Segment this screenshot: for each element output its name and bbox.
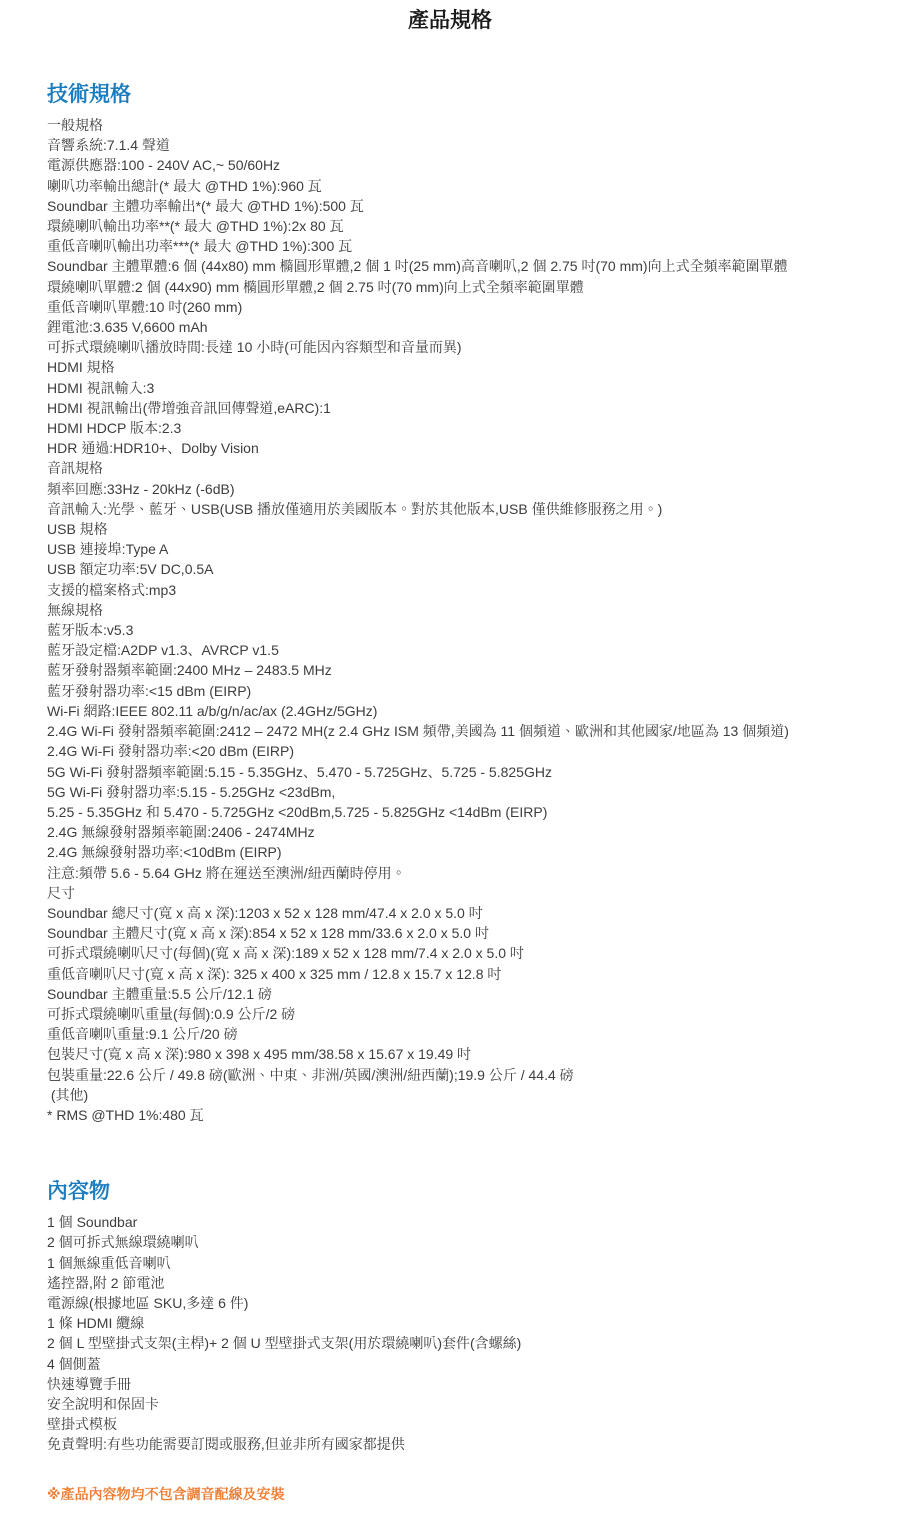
- tech-spec-line: 注意:頻帶 5.6 - 5.64 GHz 將在運送至澳洲/紐西蘭時停用。: [47, 863, 894, 883]
- tech-spec-line: HDMI HDCP 版本:2.3: [47, 418, 894, 438]
- tech-spec-line: 無線規格: [47, 600, 894, 620]
- tech-spec-line: Soundbar 主體重量:5.5 公斤/12.1 磅: [47, 984, 894, 1004]
- tech-spec-line: 重低音喇叭重量:9.1 公斤/20 磅: [47, 1024, 894, 1044]
- tech-spec-line: 5.25 - 5.35GHz 和 5.470 - 5.725GHz <20dBm…: [47, 802, 894, 822]
- page-title: 產品規格: [0, 8, 900, 34]
- tech-spec-line: Wi-Fi 網路:IEEE 802.11 a/b/g/n/ac/ax (2.4G…: [47, 701, 894, 721]
- tech-spec-line: 2.4G Wi-Fi 發射器頻率範圍:2412 – 2472 MH(z 2.4 …: [47, 721, 894, 741]
- tech-spec-line: Soundbar 總尺寸(寬 x 高 x 深):1203 x 52 x 128 …: [47, 903, 894, 923]
- tech-spec-line: HDMI 視訊輸出(帶增強音訊回傳聲道,eARC):1: [47, 398, 894, 418]
- tech-spec-line: 5G Wi-Fi 發射器頻率範圍:5.15 - 5.35GHz、5.470 - …: [47, 762, 894, 782]
- tech-specs-lines: 一般規格音響系統:7.1.4 聲道電源供應器:100 - 240V AC,~ 5…: [47, 115, 894, 1125]
- box-content-line: 免責聲明:有些功能需要訂閱或服務,但並非所有國家都提供: [47, 1434, 894, 1454]
- box-content-line: 壁掛式模板: [47, 1414, 894, 1434]
- tech-spec-line: USB 額定功率:5V DC,0.5A: [47, 559, 894, 579]
- tech-spec-line: USB 連接埠:Type A: [47, 539, 894, 559]
- box-content-line: 遙控器,附 2 節電池: [47, 1273, 894, 1293]
- tech-spec-line: 鋰電池:3.635 V,6600 mAh: [47, 317, 894, 337]
- box-content-line: 4 個側蓋: [47, 1354, 894, 1374]
- tech-spec-line: 藍牙版本:v5.3: [47, 620, 894, 640]
- tech-spec-line: 2.4G Wi-Fi 發射器功率:<20 dBm (EIRP): [47, 741, 894, 761]
- product-spec-page: 產品規格 技術規格 一般規格音響系統:7.1.4 聲道電源供應器:100 - 2…: [0, 8, 900, 1515]
- tech-spec-line: 重低音喇叭單體:10 吋(260 mm): [47, 297, 894, 317]
- footnote: ※產品內容物均不包含調音配線及安裝: [47, 1484, 894, 1504]
- box-content-line: 電源線(根據地區 SKU,多達 6 件): [47, 1293, 894, 1313]
- tech-spec-line: Soundbar 主體單體:6 個 (44x80) mm 橢圓形單體,2 個 1…: [47, 256, 894, 276]
- box-contents-heading: 內容物: [47, 1179, 894, 1205]
- tech-spec-line: 包裝尺寸(寬 x 高 x 深):980 x 398 x 495 mm/38.58…: [47, 1044, 894, 1064]
- box-content-line: 快速導覽手冊: [47, 1374, 894, 1394]
- tech-spec-line: 2.4G 無線發射器頻率範圍:2406 - 2474MHz: [47, 822, 894, 842]
- tech-spec-line: 喇叭功率輸出總計(* 最大 @THD 1%):960 瓦: [47, 176, 894, 196]
- tech-specs-heading: 技術規格: [47, 82, 894, 108]
- section-box-contents: 內容物 1 個 Soundbar2 個可拆式無線環繞喇叭1 個無線重低音喇叭遙控…: [47, 1179, 894, 1454]
- tech-spec-line: 一般規格: [47, 115, 894, 135]
- tech-spec-line: 環繞喇叭輸出功率**(* 最大 @THD 1%):2x 80 瓦: [47, 216, 894, 236]
- box-content-line: 2 個 L 型壁掛式支架(主桿)+ 2 個 U 型壁掛式支架(用於環繞喇叭)套件…: [47, 1333, 894, 1353]
- tech-spec-line: 頻率回應:33Hz - 20kHz (-6dB): [47, 479, 894, 499]
- tech-spec-line: 環繞喇叭單體:2 個 (44x90) mm 橢圓形單體,2 個 2.75 吋(7…: [47, 277, 894, 297]
- tech-spec-line: 包裝重量:22.6 公斤 / 49.8 磅(歐洲、中東、非洲/英國/澳洲/紐西蘭…: [47, 1065, 894, 1085]
- tech-spec-line: 電源供應器:100 - 240V AC,~ 50/60Hz: [47, 155, 894, 175]
- tech-spec-line: 音訊輸入:光學、藍牙、USB(USB 播放僅適用於美國版本。對於其他版本,USB…: [47, 499, 894, 519]
- tech-spec-line: 重低音喇叭尺寸(寬 x 高 x 深): 325 x 400 x 325 mm /…: [47, 964, 894, 984]
- tech-spec-line: 音訊規格: [47, 458, 894, 478]
- tech-spec-line: * RMS @THD 1%:480 瓦: [47, 1105, 894, 1125]
- tech-spec-line: HDMI 視訊輸入:3: [47, 378, 894, 398]
- tech-spec-line: 藍牙發射器功率:<15 dBm (EIRP): [47, 681, 894, 701]
- tech-spec-line: 5G Wi-Fi 發射器功率:5.15 - 5.25GHz <23dBm,: [47, 782, 894, 802]
- tech-spec-line: 藍牙設定檔:A2DP v1.3、AVRCP v1.5: [47, 640, 894, 660]
- tech-spec-line: 支援的檔案格式:mp3: [47, 580, 894, 600]
- box-content-line: 安全說明和保固卡: [47, 1394, 894, 1414]
- tech-spec-line: 可拆式環繞喇叭尺寸(每個)(寬 x 高 x 深):189 x 52 x 128 …: [47, 943, 894, 963]
- box-content-line: 1 個 Soundbar: [47, 1212, 894, 1232]
- tech-spec-line: (其他): [47, 1085, 894, 1105]
- tech-spec-line: Soundbar 主體尺寸(寬 x 高 x 深):854 x 52 x 128 …: [47, 923, 894, 943]
- tech-spec-line: 藍牙發射器頻率範圍:2400 MHz – 2483.5 MHz: [47, 660, 894, 680]
- page-content: 技術規格 一般規格音響系統:7.1.4 聲道電源供應器:100 - 240V A…: [0, 82, 900, 1504]
- tech-spec-line: 重低音喇叭輸出功率***(* 最大 @THD 1%):300 瓦: [47, 236, 894, 256]
- tech-spec-line: HDMI 規格: [47, 357, 894, 377]
- box-content-line: 2 個可拆式無線環繞喇叭: [47, 1232, 894, 1252]
- tech-spec-line: 尺寸: [47, 883, 894, 903]
- box-content-line: 1 個無線重低音喇叭: [47, 1253, 894, 1273]
- tech-spec-line: 可拆式環繞喇叭重量(每個):0.9 公斤/2 磅: [47, 1004, 894, 1024]
- box-content-line: 1 條 HDMI 纜線: [47, 1313, 894, 1333]
- tech-spec-line: 2.4G 無線發射器功率:<10dBm (EIRP): [47, 842, 894, 862]
- tech-spec-line: USB 規格: [47, 519, 894, 539]
- tech-spec-line: 音響系統:7.1.4 聲道: [47, 135, 894, 155]
- box-contents-lines: 1 個 Soundbar2 個可拆式無線環繞喇叭1 個無線重低音喇叭遙控器,附 …: [47, 1212, 894, 1454]
- section-tech-specs: 技術規格 一般規格音響系統:7.1.4 聲道電源供應器:100 - 240V A…: [47, 82, 894, 1125]
- tech-spec-line: 可拆式環繞喇叭播放時間:長達 10 小時(可能因內容類型和音量而異): [47, 337, 894, 357]
- tech-spec-line: Soundbar 主體功率輸出*(* 最大 @THD 1%):500 瓦: [47, 196, 894, 216]
- tech-spec-line: HDR 通過:HDR10+、Dolby Vision: [47, 438, 894, 458]
